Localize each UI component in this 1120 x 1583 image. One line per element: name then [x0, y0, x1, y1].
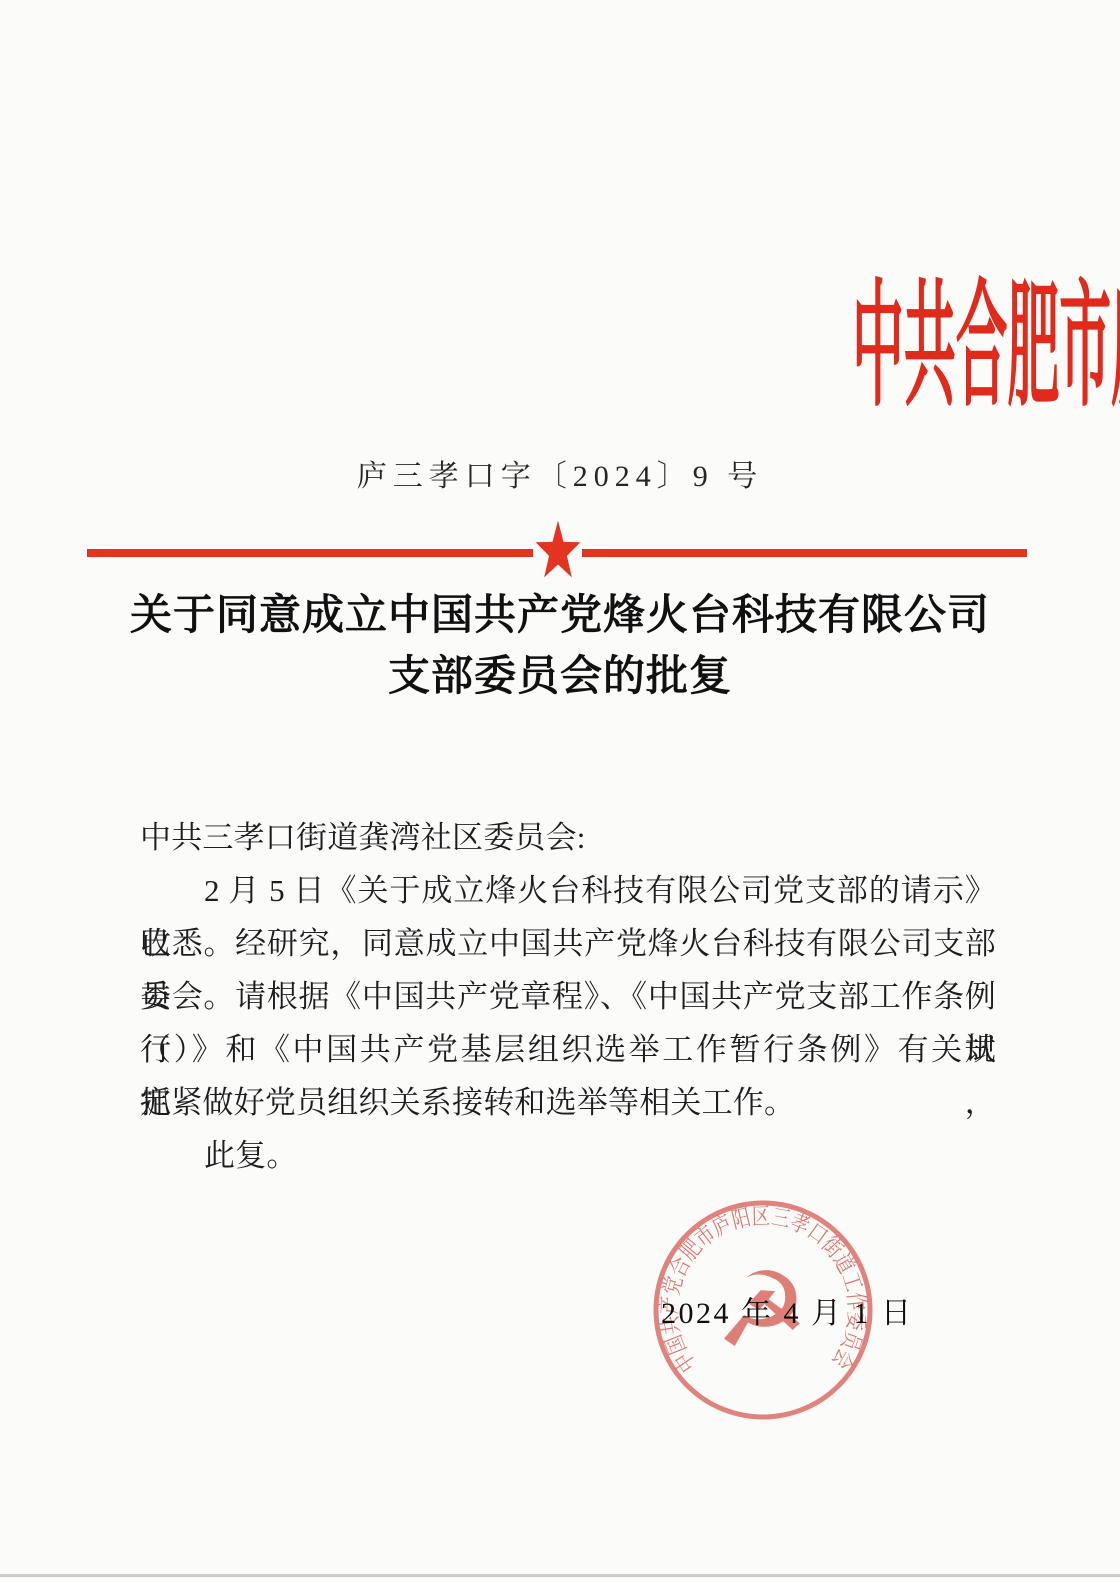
document-title-line2: 支部委员会的批复	[0, 645, 1120, 706]
letterhead-banner: 中共合肥市庐阳区三孝口街道工作委员会文件	[0, 278, 1120, 418]
red-star-icon	[526, 517, 590, 587]
closing-line: 此复。	[140, 1129, 996, 1182]
salutation-line: 中共三孝口街道龚湾社区委员会:	[140, 811, 996, 864]
red-rule-left	[87, 549, 533, 557]
scan-edge-line	[0, 1574, 1120, 1577]
body-line: 员会。请根据《中国共产党章程》、《中国共产党支部工作条例（试	[140, 970, 996, 1023]
letterhead-banner-text: 中共合肥市庐阳区三孝口街道工作委员会文件	[852, 278, 1120, 418]
document-number: 庐三孝口字〔2024〕9 号	[0, 451, 1120, 495]
official-document-page: { "doc": { "header_banner": "中共合肥市庐阳区三孝口…	[0, 0, 1120, 1583]
document-body: 中共三孝口街道龚湾社区委员会: 2 月 5 日《关于成立烽火台科技有限公司党支部…	[140, 811, 996, 1182]
body-line: 收悉。经研究，同意成立中国共产党烽火台科技有限公司支部委	[140, 917, 996, 970]
official-seal: ☭ 中国共产党合肥市庐阳区三孝口街道工作委员会	[643, 1190, 883, 1430]
body-line: 行）》和《中国共产党基层组织选举工作暂行条例》有关规定，	[140, 1023, 996, 1076]
body-line: 2 月 5 日《关于成立烽火台科技有限公司党支部的请示》已	[140, 864, 996, 917]
red-rule-right	[582, 549, 1027, 557]
hammer-and-sickle-icon: ☭	[715, 1254, 808, 1369]
document-title: 关于同意成立中国共产党烽火台科技有限公司 支部委员会的批复	[0, 584, 1120, 706]
document-title-line1: 关于同意成立中国共产党烽火台科技有限公司	[0, 584, 1120, 645]
